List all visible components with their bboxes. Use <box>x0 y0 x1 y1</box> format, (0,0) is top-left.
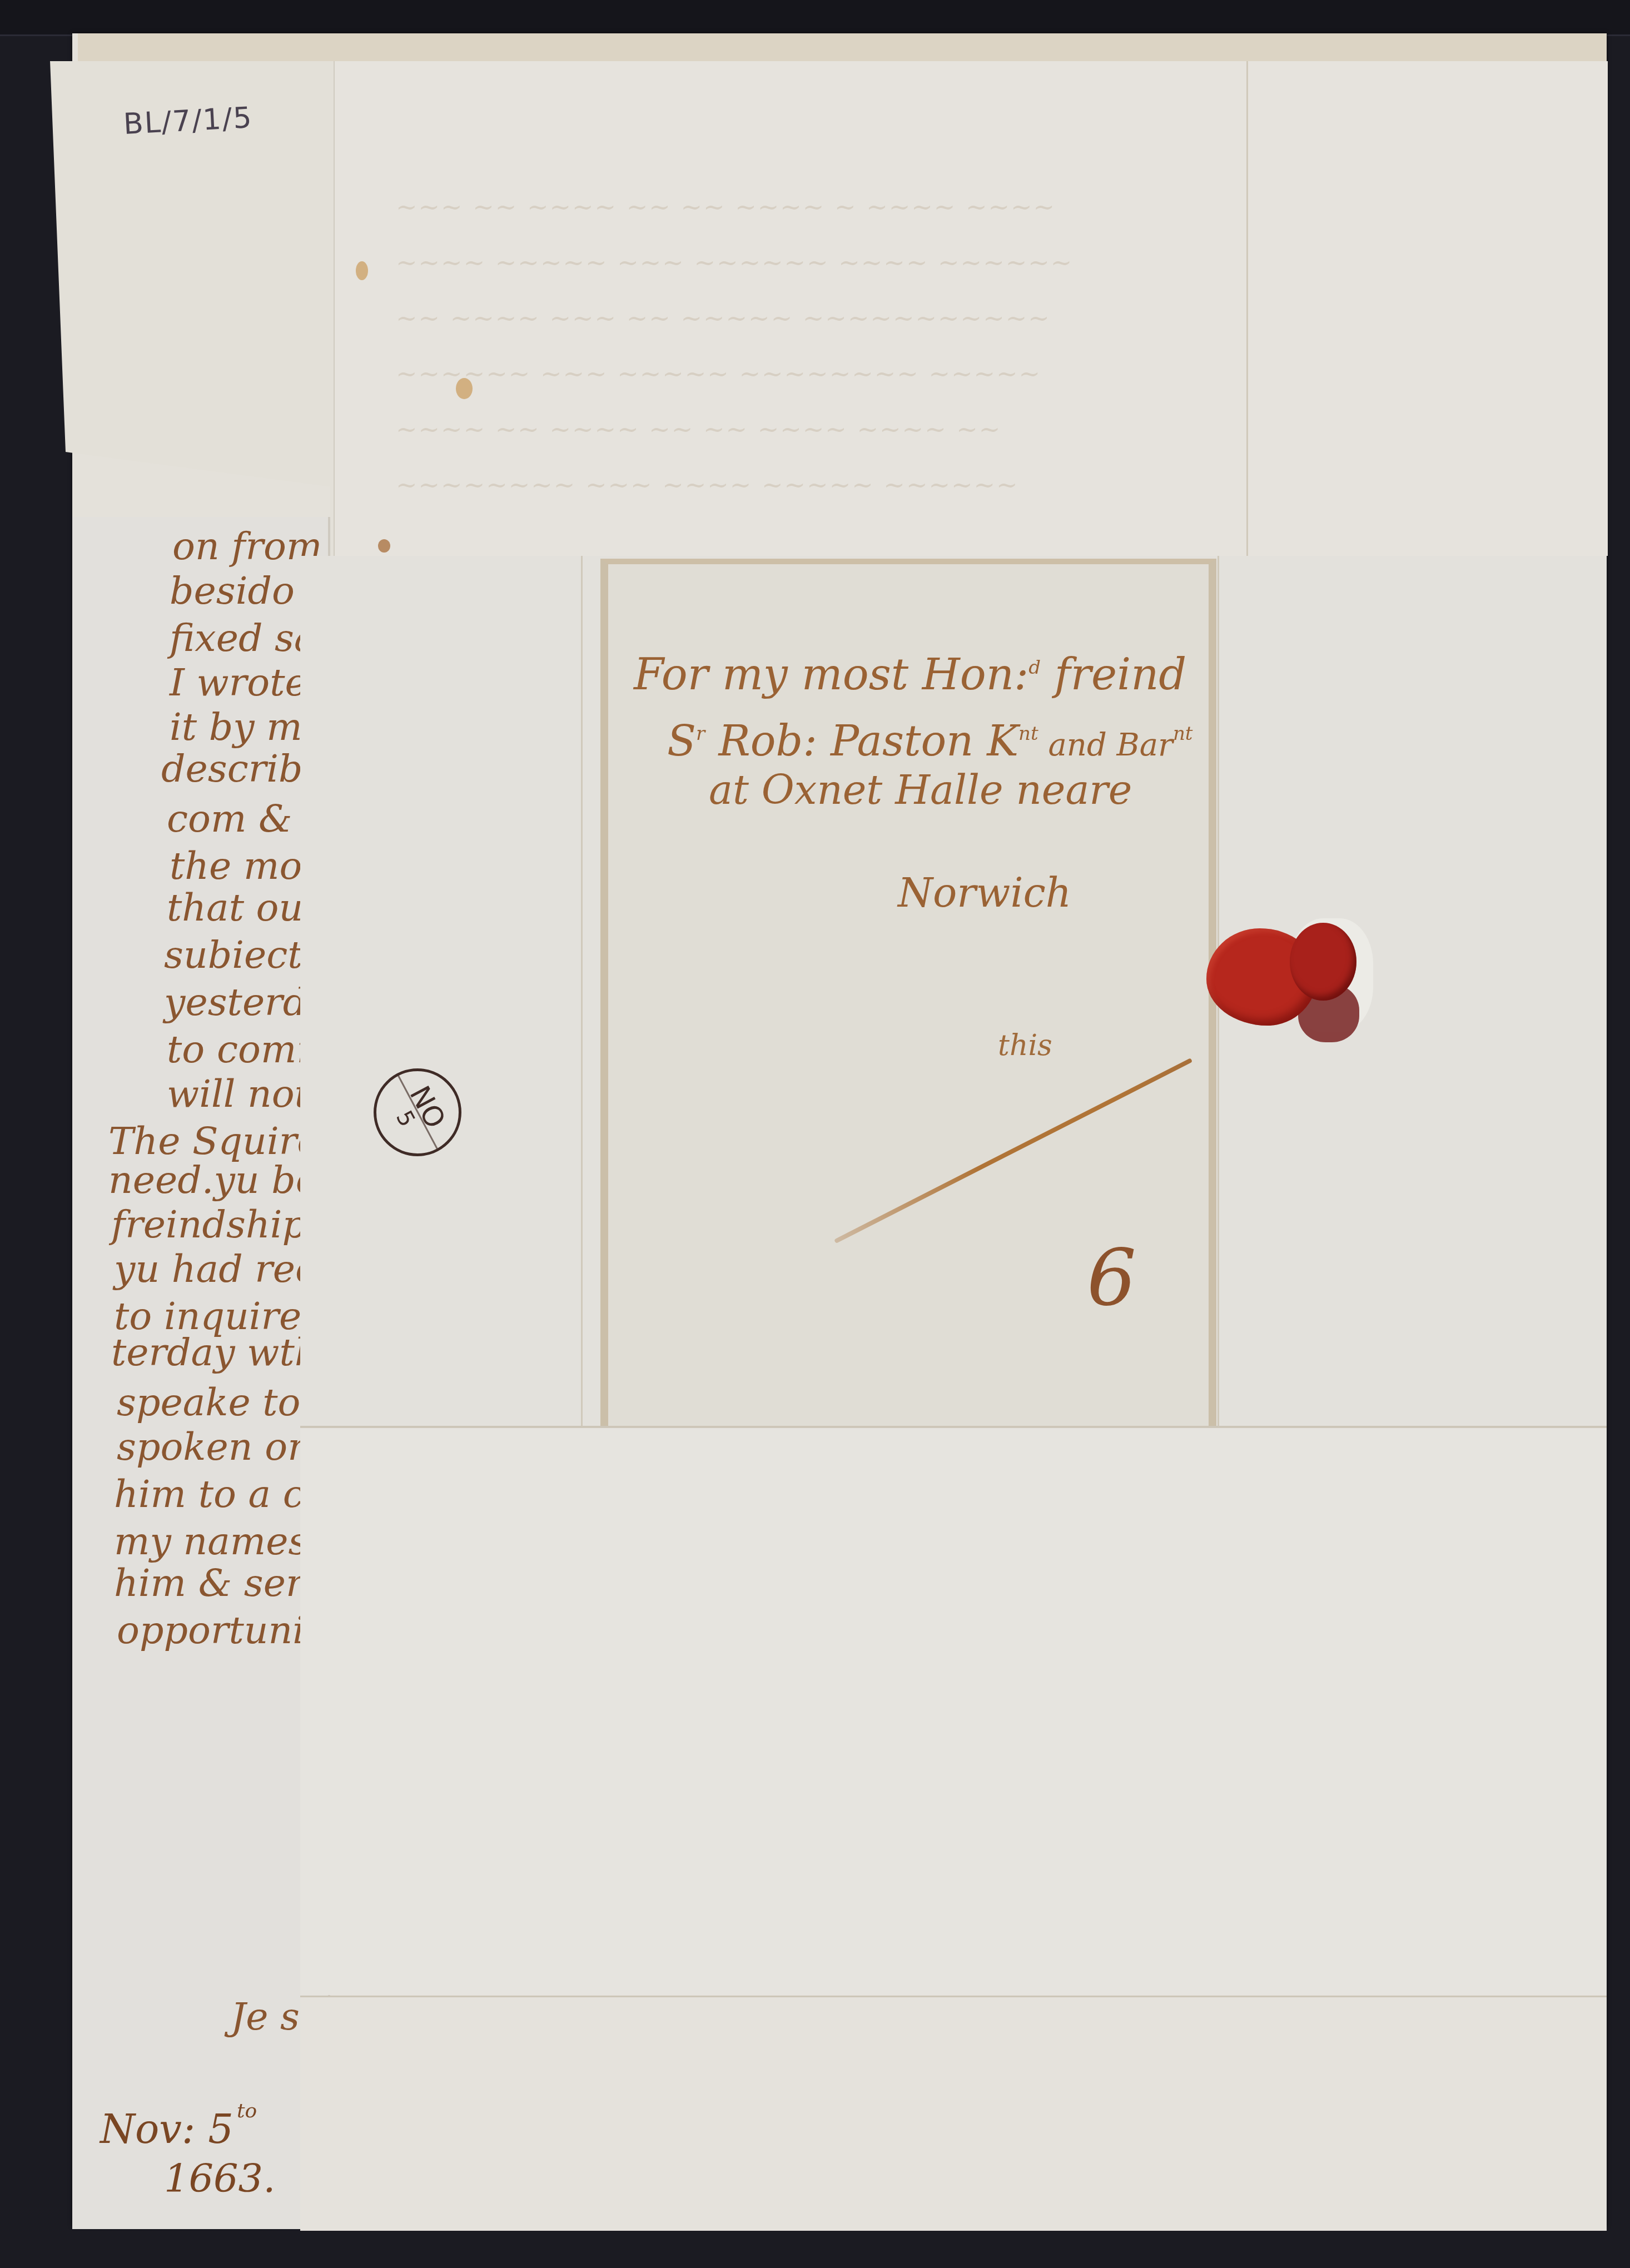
superscript: nt <box>1173 723 1193 745</box>
date-year: 1663. <box>164 2156 275 2201</box>
text-line: him to a co <box>114 1476 327 1514</box>
date-day: Nov: 5to <box>100 2101 275 2149</box>
ink-stain <box>378 539 390 553</box>
recipient-name: Rob: Paston K <box>705 716 1018 765</box>
superscript: d <box>1028 656 1041 679</box>
superscript: nt <box>1018 723 1038 745</box>
sheet-top-edge <box>78 33 1607 65</box>
text-line: will not <box>167 1076 310 1113</box>
address-line-1-text: For my most Hon: <box>634 650 1028 700</box>
wax-seal <box>1206 923 1373 1048</box>
ink-stain <box>456 378 473 399</box>
text-line: The Squire <box>108 1123 319 1161</box>
seal-wax-lobe <box>1290 923 1356 1001</box>
recipient-title: and Bar <box>1038 727 1173 763</box>
postmark-text: NO 5 <box>385 1082 450 1143</box>
bottom-fold-panel <box>300 1996 1607 2231</box>
lower-fold-panel <box>300 1426 1607 1995</box>
fold-crease <box>300 1426 1607 1428</box>
archive-reference: BL/7/1/5 <box>123 101 254 141</box>
address-line-2: Sr Rob: Paston Knt and Barnt <box>667 720 1192 762</box>
ink-stain <box>356 261 368 280</box>
bleed-through-line: ~~~~~~~~ ~~~ ~~~~ ~~~~~ ~~~~~~ <box>396 470 1019 480</box>
bleed-through-line: ~~~~ ~~ ~~~~ ~~ ~~ ~~~~ ~~~~ ~~ <box>396 414 1001 424</box>
address-line-3: at Oxnet Halle neare <box>709 770 1132 810</box>
bleed-through-line: ~~~~~~ ~~~ ~~~~~ ~~~~~~~~ ~~~~~ <box>396 359 1041 369</box>
postage-charge: 6 <box>1087 1240 1136 1317</box>
address-line-1-rest: freind <box>1041 650 1186 700</box>
address-city: Norwich <box>898 873 1071 913</box>
bleed-through-line: ~~~ ~~ ~~~~ ~~ ~~ ~~~~ ~ ~~~~ ~~~~ <box>396 192 1056 202</box>
title-prefix: S <box>667 716 696 765</box>
top-panel: ~~~ ~~ ~~~~ ~~ ~~ ~~~~ ~ ~~~~ ~~~~ ~~~~ … <box>334 61 1608 556</box>
text-line: freindship <box>111 1206 306 1244</box>
address-line-1: For my most Hon:d freind <box>634 653 1186 697</box>
superscript: r <box>696 723 705 745</box>
date-text: Nov: 5 <box>100 2106 233 2152</box>
bleed-through-line: ~~~~ ~~~~~ ~~~ ~~~~~~ ~~~~ ~~~~~~ <box>396 247 1073 257</box>
bleed-through-line: ~~ ~~~~ ~~~ ~~ ~~~~~ ~~~~~~~~~~~ <box>396 303 1051 313</box>
postal-note: this <box>998 1031 1052 1060</box>
date-superscript: to <box>237 2100 257 2122</box>
fold-crease <box>1246 61 1248 556</box>
bishop-postmark: NO 5 <box>374 1068 461 1156</box>
letter-date: Nov: 5to 1663. <box>100 2101 275 2201</box>
scan-backdrop <box>0 0 1630 36</box>
fold-crease <box>581 556 583 1429</box>
text-line: that our <box>167 889 321 927</box>
fold-crease <box>300 1996 1607 1997</box>
text-line: Je s <box>231 1998 300 2036</box>
text-line: to inquire <box>114 1298 301 1336</box>
